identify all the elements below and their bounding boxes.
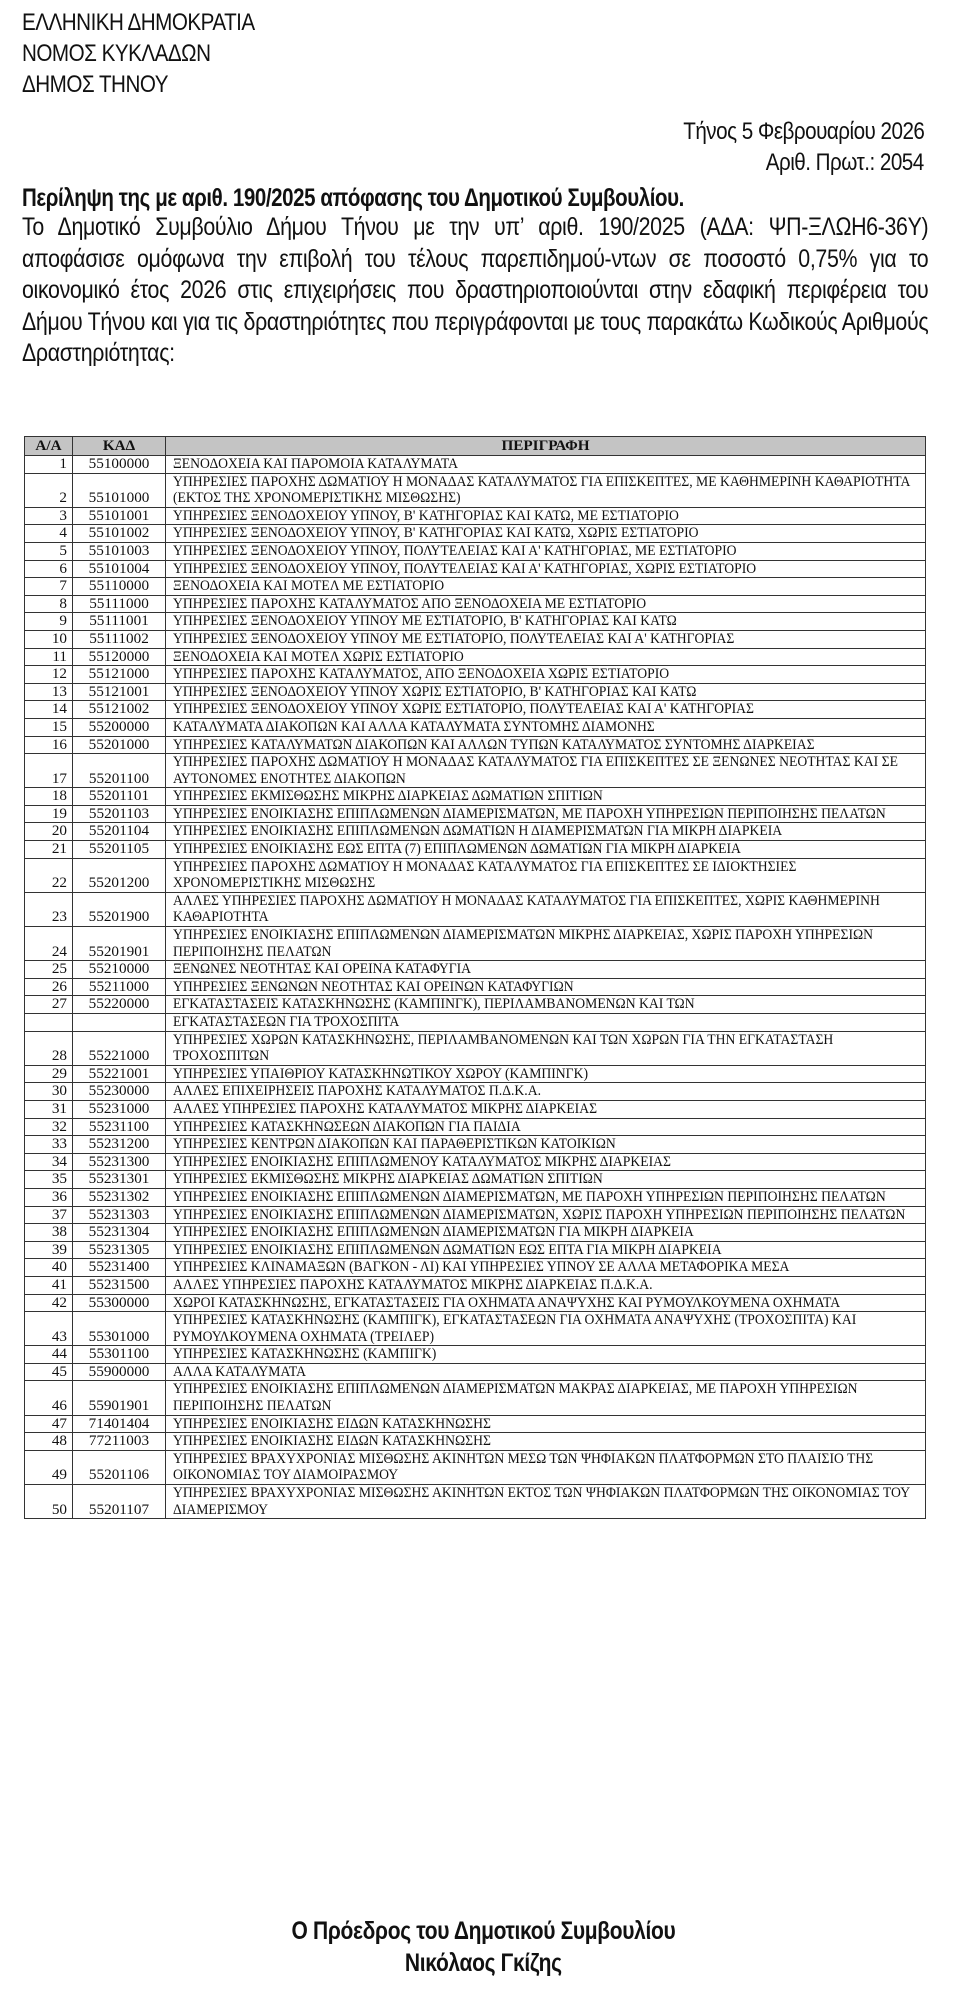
row-description: ΥΠΗΡΕΣΙΕΣ ΞΕΝΟΔΟΧΕΙΟΥ ΥΠΝΟΥ, ΠΟΛΥΤΕΛΕΙΑΣ… [166, 560, 926, 578]
description-text: ΑΛΛΕΣ ΕΠΙΧΕΙΡΗΣΕΙΣ ΠΑΡΟΧΗΣ ΚΑΤΑΛΥΜΑΤΟΣ Π… [173, 1083, 920, 1100]
row-number: 1 [25, 456, 73, 474]
header-prefecture: ΝΟΜΟΣ ΚΥΚΛΑΔΩΝ [22, 39, 210, 69]
row-description: ΥΠΗΡΕΣΙΕΣ ΚΑΤΑΣΚΗΝΩΣΕΩΝ ΔΙΑΚΟΠΩΝ ΓΙΑ ΠΑΙ… [166, 1118, 926, 1136]
row-number: 19 [25, 805, 73, 823]
table-row: 855111000ΥΠΗΡΕΣΙΕΣ ΠΑΡΟΧΗΣ ΚΑΤΑΛΥΜΑΤΟΣ Α… [25, 595, 926, 613]
table-row: ΕΓΚΑΤΑΣΤΑΣΕΩΝ ΓΙΑ ΤΡΟΧΟΣΠΙΤΑ [25, 1014, 926, 1032]
kad-code: 55201104 [73, 823, 166, 841]
table-row: 4877211003ΥΠΗΡΕΣΙΕΣ ΕΝΟΙΚΙΑΣΗΣ ΕΙΔΩΝ ΚΑΤ… [25, 1433, 926, 1451]
row-description: ΞΕΝΟΔΟΧΕΙΑ ΚΑΙ ΜΟΤΕΛ ΜΕ ΕΣΤΙΑΤΟΡΙΟ [166, 578, 926, 596]
description-text: ΥΠΗΡΕΣΙΕΣ ΞΕΝΩΝΩΝ ΝΕΟΤΗΤΑΣ ΚΑΙ ΟΡΕΙΝΩΝ Κ… [173, 979, 920, 996]
table-row: 755110000ΞΕΝΟΔΟΧΕΙΑ ΚΑΙ ΜΟΤΕΛ ΜΕ ΕΣΤΙΑΤΟ… [25, 578, 926, 596]
table-row: 255101000ΥΠΗΡΕΣΙΕΣ ΠΑΡΟΧΗΣ ΔΩΜΑΤΙΟΥ Η ΜΟ… [25, 473, 926, 507]
kad-code: 55301000 [73, 1312, 166, 1346]
table-row: 3455231300ΥΠΗΡΕΣΙΕΣ ΕΝΟΙΚΙΑΣΗΣ ΕΠΙΠΛΩΜΕΝ… [25, 1153, 926, 1171]
table-row: 4555900000ΑΛΛΑ ΚΑΤΑΛΥΜΑΤΑ [25, 1363, 926, 1381]
description-text: ΥΠΗΡΕΣΙΕΣ ΕΝΟΙΚΙΑΣΗΣ ΕΙΔΩΝ ΚΑΤΑΣΚΗΝΩΣΗΣ [173, 1433, 920, 1450]
row-number: 34 [25, 1153, 73, 1171]
kad-code: 55221001 [73, 1065, 166, 1083]
row-description: ΥΠΗΡΕΣΙΕΣ ΕΝΟΙΚΙΑΣΗΣ ΕΙΔΩΝ ΚΑΤΑΣΚΗΝΩΣΗΣ [166, 1415, 926, 1433]
table-row: 4955201106ΥΠΗΡΕΣΙΕΣ ΒΡΑΧΥΧΡΟΝΙΑΣ ΜΙΣΘΩΣΗ… [25, 1450, 926, 1484]
row-description: ΥΠΗΡΕΣΙΕΣ ΕΝΟΙΚΙΑΣΗΣ ΕΠΙΠΛΩΜΕΝΩΝ ΔΙΑΜΕΡΙ… [166, 927, 926, 961]
description-text: ΞΕΝΟΔΟΧΕΙΑ ΚΑΙ ΜΟΤΕΛ ΧΩΡΙΣ ΕΣΤΙΑΤΟΡΙΟ [173, 649, 920, 666]
kad-code: 55231302 [73, 1188, 166, 1206]
document-date: Τήνος 5 Φεβρουαρίου 2026 [683, 117, 924, 147]
description-text: ΥΠΗΡΕΣΙΕΣ ΕΝΟΙΚΙΑΣΗΣ ΕΠΙΠΛΩΜΕΝΟΥ ΚΑΤΑΛΥΜ… [173, 1154, 920, 1171]
kad-code: 55101001 [73, 507, 166, 525]
description-text: ΕΓΚΑΤΑΣΤΑΣΕΩΝ ΓΙΑ ΤΡΟΧΟΣΠΙΤΑ [173, 1014, 920, 1031]
row-description: ΥΠΗΡΕΣΙΕΣ ΧΩΡΩΝ ΚΑΤΑΣΚΗΝΩΣΗΣ, ΠΕΡΙΛΑΜΒΑΝ… [166, 1031, 926, 1065]
row-description: ΥΠΗΡΕΣΙΕΣ ΠΑΡΟΧΗΣ ΔΩΜΑΤΙΟΥ Η ΜΟΝΑΔΑΣ ΚΑΤ… [166, 858, 926, 892]
description-text: ΥΠΗΡΕΣΙΕΣ ΕΝΟΙΚΙΑΣΗΣ ΕΠΙΠΛΩΜΕΝΩΝ ΔΙΑΜΕΡΙ… [173, 1189, 920, 1206]
table-row: 2755220000ΕΓΚΑΤΑΣΤΑΣΕΙΣ ΚΑΤΑΣΚΗΝΩΣΗΣ (ΚΑ… [25, 996, 926, 1014]
table-header-row: Α/Α ΚΑΔ ΠΕΡΙΓΡΑΦΗ [25, 437, 926, 456]
row-description: ΥΠΗΡΕΣΙΕΣ ΥΠΑΙΘΡΙΟΥ ΚΑΤΑΣΚΗΝΩΤΙΚΟΥ ΧΩΡΟΥ… [166, 1065, 926, 1083]
description-text: ΥΠΗΡΕΣΙΕΣ ΞΕΝΟΔΟΧΕΙΟΥ ΥΠΝΟΥ ΧΩΡΙΣ ΕΣΤΙΑΤ… [173, 701, 920, 718]
description-text: ΥΠΗΡΕΣΙΕΣ ΕΝΟΙΚΙΑΣΗΣ ΕΠΙΠΛΩΜΕΝΩΝ ΔΙΑΜΕΡΙ… [173, 927, 920, 960]
table-row: 2255201200ΥΠΗΡΕΣΙΕΣ ΠΑΡΟΧΗΣ ΔΩΜΑΤΙΟΥ Η Μ… [25, 858, 926, 892]
row-number: 41 [25, 1276, 73, 1294]
kad-code: 55901901 [73, 1381, 166, 1415]
row-description: ΥΠΗΡΕΣΙΕΣ ΞΕΝΟΔΟΧΕΙΟΥ ΥΠΝΟΥ ΜΕ ΕΣΤΙΑΤΟΡΙ… [166, 613, 926, 631]
kad-code: 55230000 [73, 1083, 166, 1101]
row-description: ΥΠΗΡΕΣΙΕΣ ΠΑΡΟΧΗΣ ΔΩΜΑΤΙΟΥ Η ΜΟΝΑΔΑΣ ΚΑΤ… [166, 473, 926, 507]
row-number: 46 [25, 1381, 73, 1415]
row-description: ΞΕΝΟΔΟΧΕΙΑ ΚΑΙ ΜΟΤΕΛ ΧΩΡΙΣ ΕΣΤΙΑΤΟΡΙΟ [166, 648, 926, 666]
table-row: 5055201107ΥΠΗΡΕΣΙΕΣ ΒΡΑΧΥΧΡΟΝΙΑΣ ΜΙΣΘΩΣΗ… [25, 1485, 926, 1519]
kad-code: 55231100 [73, 1118, 166, 1136]
row-description: ΥΠΗΡΕΣΙΕΣ ΞΕΝΩΝΩΝ ΝΕΟΤΗΤΑΣ ΚΑΙ ΟΡΕΙΝΩΝ Κ… [166, 978, 926, 996]
row-description: ΥΠΗΡΕΣΙΕΣ ΕΝΟΙΚΙΑΣΗΣ ΕΠΙΠΛΩΜΕΝΩΝ ΔΙΑΜΕΡΙ… [166, 805, 926, 823]
row-description: ΑΛΛΑ ΚΑΤΑΛΥΜΑΤΑ [166, 1363, 926, 1381]
description-text: ΥΠΗΡΕΣΙΕΣ ΚΕΝΤΡΩΝ ΔΙΑΚΟΠΩΝ ΚΑΙ ΠΑΡΑΘΕΡΙΣ… [173, 1136, 920, 1153]
kad-code: 55201106 [73, 1450, 166, 1484]
table-row: 3555231301ΥΠΗΡΕΣΙΕΣ ΕΚΜΙΣΘΩΣΗΣ ΜΙΚΡΗΣ ΔΙ… [25, 1171, 926, 1189]
kad-code: 55200000 [73, 718, 166, 736]
row-number: 11 [25, 648, 73, 666]
row-number: 47 [25, 1415, 73, 1433]
row-description: ΥΠΗΡΕΣΙΕΣ ΠΑΡΟΧΗΣ ΚΑΤΑΛΥΜΑΤΟΣ, ΑΠΟ ΞΕΝΟΔ… [166, 666, 926, 684]
table-row: 955111001ΥΠΗΡΕΣΙΕΣ ΞΕΝΟΔΟΧΕΙΟΥ ΥΠΝΟΥ ΜΕ … [25, 613, 926, 631]
description-text: ΥΠΗΡΕΣΙΕΣ ΕΝΟΙΚΙΑΣΗΣ ΕΠΙΠΛΩΜΕΝΩΝ ΔΩΜΑΤΙΩ… [173, 1242, 920, 1259]
table-row: 1555200000ΚΑΤΑΛΥΜΑΤΑ ΔΙΑΚΟΠΩΝ ΚΑΙ ΑΛΛΑ Κ… [25, 718, 926, 736]
kad-code: 55231000 [73, 1100, 166, 1118]
description-text: ΑΛΛΑ ΚΑΤΑΛΥΜΑΤΑ [173, 1364, 920, 1381]
table-row: 1955201103ΥΠΗΡΕΣΙΕΣ ΕΝΟΙΚΙΑΣΗΣ ΕΠΙΠΛΩΜΕΝ… [25, 805, 926, 823]
description-text: ΥΠΗΡΕΣΙΕΣ ΧΩΡΩΝ ΚΑΤΑΣΚΗΝΩΣΗΣ, ΠΕΡΙΛΑΜΒΑΝ… [173, 1032, 920, 1065]
row-number: 22 [25, 858, 73, 892]
table-row: 1255121000ΥΠΗΡΕΣΙΕΣ ΠΑΡΟΧΗΣ ΚΑΤΑΛΥΜΑΤΟΣ,… [25, 666, 926, 684]
kad-code: 55900000 [73, 1363, 166, 1381]
table-row: 1355121001ΥΠΗΡΕΣΙΕΣ ΞΕΝΟΔΟΧΕΙΟΥ ΥΠΝΟΥ ΧΩ… [25, 683, 926, 701]
row-number: 48 [25, 1433, 73, 1451]
kad-code: 55231500 [73, 1276, 166, 1294]
row-number: 26 [25, 978, 73, 996]
kad-code: 55220000 [73, 996, 166, 1014]
row-number: 35 [25, 1171, 73, 1189]
description-text: ΥΠΗΡΕΣΙΕΣ ΕΝΟΙΚΙΑΣΗΣ ΕΩΣ ΕΠΤΑ (7) ΕΠΙΠΛΩ… [173, 841, 920, 858]
row-number: 25 [25, 961, 73, 979]
row-description: ΥΠΗΡΕΣΙΕΣ ΕΝΟΙΚΙΑΣΗΣ ΕΠΙΠΛΩΜΕΝΩΝ ΔΙΑΜΕΡΙ… [166, 1188, 926, 1206]
kad-code: 55101004 [73, 560, 166, 578]
row-number: 18 [25, 788, 73, 806]
table-row: 1755201100ΥΠΗΡΕΣΙΕΣ ΠΑΡΟΧΗΣ ΔΩΜΑΤΙΟΥ Η Μ… [25, 754, 926, 788]
row-number: 39 [25, 1241, 73, 1259]
row-description: ΥΠΗΡΕΣΙΕΣ ΕΝΟΙΚΙΑΣΗΣ ΕΠΙΠΛΩΜΕΝΩΝ ΔΙΑΜΕΡΙ… [166, 1381, 926, 1415]
table-row: 2655211000ΥΠΗΡΕΣΙΕΣ ΞΕΝΩΝΩΝ ΝΕΟΤΗΤΑΣ ΚΑΙ… [25, 978, 926, 996]
description-text: ΑΛΛΕΣ ΥΠΗΡΕΣΙΕΣ ΠΑΡΟΧΗΣ ΚΑΤΑΛΥΜΑΤΟΣ ΜΙΚΡ… [173, 1277, 920, 1294]
kad-code: 55231200 [73, 1136, 166, 1154]
description-text: ΥΠΗΡΕΣΙΕΣ ΞΕΝΟΔΟΧΕΙΟΥ ΥΠΝΟΥ, ΠΟΛΥΤΕΛΕΙΑΣ… [173, 561, 920, 578]
description-text: ΥΠΗΡΕΣΙΕΣ ΕΝΟΙΚΙΑΣΗΣ ΕΠΙΠΛΩΜΕΝΩΝ ΔΙΑΜΕΡΙ… [173, 1224, 920, 1241]
description-text: ΥΠΗΡΕΣΙΕΣ ΕΝΟΙΚΙΑΣΗΣ ΕΠΙΠΛΩΜΕΝΩΝ ΔΙΑΜΕΡΙ… [173, 1207, 920, 1224]
kad-code: 55201000 [73, 736, 166, 754]
kad-code: 55120000 [73, 648, 166, 666]
row-description: ΥΠΗΡΕΣΙΕΣ ΚΕΝΤΡΩΝ ΔΙΑΚΟΠΩΝ ΚΑΙ ΠΑΡΑΘΕΡΙΣ… [166, 1136, 926, 1154]
row-number: 12 [25, 666, 73, 684]
row-number: 30 [25, 1083, 73, 1101]
row-description: ΥΠΗΡΕΣΙΕΣ ΕΝΟΙΚΙΑΣΗΣ ΕΠΙΠΛΩΜΕΝΩΝ ΔΙΑΜΕΡΙ… [166, 1224, 926, 1242]
kad-code: 55121001 [73, 683, 166, 701]
row-description: ΥΠΗΡΕΣΙΕΣ ΞΕΝΟΔΟΧΕΙΟΥ ΥΠΝΟΥ, ΠΟΛΥΤΕΛΕΙΑΣ… [166, 542, 926, 560]
row-number: 21 [25, 841, 73, 859]
row-description: ΥΠΗΡΕΣΙΕΣ ΕΚΜΙΣΘΩΣΗΣ ΜΙΚΡΗΣ ΔΙΑΡΚΕΙΑΣ ΔΩ… [166, 788, 926, 806]
row-description: ΥΠΗΡΕΣΙΕΣ ΚΑΤΑΛΥΜΑΤΩΝ ΔΙΑΚΟΠΩΝ ΚΑΙ ΑΛΛΩΝ… [166, 736, 926, 754]
table-row: 2955221001ΥΠΗΡΕΣΙΕΣ ΥΠΑΙΘΡΙΟΥ ΚΑΤΑΣΚΗΝΩΤ… [25, 1065, 926, 1083]
row-number: 14 [25, 701, 73, 719]
header-republic: ΕΛΛΗΝΙΚΗ ΔΗΜΟΚΡΑΤΙΑ [22, 8, 255, 38]
row-description: ΥΠΗΡΕΣΙΕΣ ΠΑΡΟΧΗΣ ΔΩΜΑΤΙΟΥ Η ΜΟΝΑΔΑΣ ΚΑΤ… [166, 754, 926, 788]
kad-code: 55231300 [73, 1153, 166, 1171]
row-number: 15 [25, 718, 73, 736]
kad-code: 55111001 [73, 613, 166, 631]
row-description: ΥΠΗΡΕΣΙΕΣ ΠΑΡΟΧΗΣ ΚΑΤΑΛΥΜΑΤΟΣ ΑΠΟ ΞΕΝΟΔΟ… [166, 595, 926, 613]
table-row: 4255300000ΧΩΡΟΙ ΚΑΤΑΣΚΗΝΩΣΗΣ, ΕΓΚΑΤΑΣΤΑΣ… [25, 1294, 926, 1312]
row-number: 31 [25, 1100, 73, 1118]
description-text: ΥΠΗΡΕΣΙΕΣ ΕΝΟΙΚΙΑΣΗΣ ΕΠΙΠΛΩΜΕΝΩΝ ΔΩΜΑΤΙΩ… [173, 823, 920, 840]
table-row: 1055111002ΥΠΗΡΕΣΙΕΣ ΞΕΝΟΔΟΧΕΙΟΥ ΥΠΝΟΥ ΜΕ… [25, 630, 926, 648]
protocol-number: Αριθ. Πρωτ.: 2054 [766, 148, 924, 178]
kad-code: 55121002 [73, 701, 166, 719]
kad-code: 55110000 [73, 578, 166, 596]
row-number: 16 [25, 736, 73, 754]
kad-code: 55101002 [73, 525, 166, 543]
row-number: 38 [25, 1224, 73, 1242]
description-text: ΥΠΗΡΕΣΙΕΣ ΠΑΡΟΧΗΣ ΚΑΤΑΛΥΜΑΤΟΣ, ΑΠΟ ΞΕΝΟΔ… [173, 666, 920, 683]
description-text: ΑΛΛΕΣ ΥΠΗΡΕΣΙΕΣ ΠΑΡΟΧΗΣ ΔΩΜΑΤΙΟΥ Η ΜΟΝΑΔ… [173, 893, 920, 926]
description-text: ΑΛΛΕΣ ΥΠΗΡΕΣΙΕΣ ΠΑΡΟΧΗΣ ΚΑΤΑΛΥΜΑΤΟΣ ΜΙΚΡ… [173, 1101, 920, 1118]
kad-code: 55231400 [73, 1259, 166, 1277]
row-description: ΥΠΗΡΕΣΙΕΣ ΞΕΝΟΔΟΧΕΙΟΥ ΥΠΝΟΥ ΧΩΡΙΣ ΕΣΤΙΑΤ… [166, 683, 926, 701]
table-row: 4455301100ΥΠΗΡΕΣΙΕΣ ΚΑΤΑΣΚΗΝΩΣΗΣ (ΚΑΜΠΙΓ… [25, 1346, 926, 1364]
row-description: ΥΠΗΡΕΣΙΕΣ ΒΡΑΧΥΧΡΟΝΙΑΣ ΜΙΣΘΩΣΗΣ ΑΚΙΝΗΤΩΝ… [166, 1485, 926, 1519]
description-text: ΕΓΚΑΤΑΣΤΑΣΕΙΣ ΚΑΤΑΣΚΗΝΩΣΗΣ (ΚΑΜΠΙΝΓΚ), Π… [173, 996, 920, 1013]
kad-code: 55221000 [73, 1031, 166, 1065]
description-text: ΥΠΗΡΕΣΙΕΣ ΕΚΜΙΣΘΩΣΗΣ ΜΙΚΡΗΣ ΔΙΑΡΚΕΙΑΣ ΔΩ… [173, 788, 920, 805]
row-number: 3 [25, 507, 73, 525]
row-number: 9 [25, 613, 73, 631]
kad-code: 55201200 [73, 858, 166, 892]
kad-code: 55211000 [73, 978, 166, 996]
table-row: 3955231305ΥΠΗΡΕΣΙΕΣ ΕΝΟΙΚΙΑΣΗΣ ΕΠΙΠΛΩΜΕΝ… [25, 1241, 926, 1259]
description-text: ΥΠΗΡΕΣΙΕΣ ΞΕΝΟΔΟΧΕΙΟΥ ΥΠΝΟΥ ΜΕ ΕΣΤΙΑΤΟΡΙ… [173, 613, 920, 630]
kad-code: 55201100 [73, 754, 166, 788]
row-number: 10 [25, 630, 73, 648]
row-description: ΥΠΗΡΕΣΙΕΣ ΕΝΟΙΚΙΑΣΗΣ ΕΠΙΠΛΩΜΕΝΩΝ ΔΙΑΜΕΡΙ… [166, 1206, 926, 1224]
row-description: ΥΠΗΡΕΣΙΕΣ ΕΝΟΙΚΙΑΣΗΣ ΕΙΔΩΝ ΚΑΤΑΣΚΗΝΩΣΗΣ [166, 1433, 926, 1451]
kad-code: 55101000 [73, 473, 166, 507]
description-text: ΥΠΗΡΕΣΙΕΣ ΕΚΜΙΣΘΩΣΗΣ ΜΙΚΡΗΣ ΔΙΑΡΚΕΙΑΣ ΔΩ… [173, 1171, 920, 1188]
row-description: ΞΕΝΟΔΟΧΕΙΑ ΚΑΙ ΠΑΡΟΜΟΙΑ ΚΑΤΑΛΥΜΑΤΑ [166, 456, 926, 474]
kad-code: 55201107 [73, 1485, 166, 1519]
table-row: 3355231200ΥΠΗΡΕΣΙΕΣ ΚΕΝΤΡΩΝ ΔΙΑΚΟΠΩΝ ΚΑΙ… [25, 1136, 926, 1154]
description-text: ΥΠΗΡΕΣΙΕΣ ΕΝΟΙΚΙΑΣΗΣ ΕΙΔΩΝ ΚΑΤΑΣΚΗΝΩΣΗΣ [173, 1416, 920, 1433]
description-text: ΥΠΗΡΕΣΙΕΣ ΚΑΤΑΣΚΗΝΩΣΕΩΝ ΔΙΑΚΟΠΩΝ ΓΙΑ ΠΑΙ… [173, 1119, 920, 1136]
row-description: ΑΛΛΕΣ ΥΠΗΡΕΣΙΕΣ ΠΑΡΟΧΗΣ ΚΑΤΑΛΥΜΑΤΟΣ ΜΙΚΡ… [166, 1100, 926, 1118]
row-number: 45 [25, 1363, 73, 1381]
row-number: 13 [25, 683, 73, 701]
kad-code: 55201103 [73, 805, 166, 823]
row-number: 42 [25, 1294, 73, 1312]
row-number [25, 1014, 73, 1032]
row-number: 8 [25, 595, 73, 613]
row-description: ΧΩΡΟΙ ΚΑΤΑΣΚΗΝΩΣΗΣ, ΕΓΚΑΤΑΣΤΑΣΕΙΣ ΓΙΑ ΟΧ… [166, 1294, 926, 1312]
description-text: ΥΠΗΡΕΣΙΕΣ ΚΛΙΝΑΜΑΞΩΝ (ΒΑΓΚΟΝ - ΛΙ) ΚΑΙ Υ… [173, 1259, 920, 1276]
row-number: 40 [25, 1259, 73, 1277]
row-description: ΥΠΗΡΕΣΙΕΣ ΕΝΟΙΚΙΑΣΗΣ ΕΠΙΠΛΩΜΕΝΩΝ ΔΩΜΑΤΙΩ… [166, 1241, 926, 1259]
row-description: ΥΠΗΡΕΣΙΕΣ ΚΑΤΑΣΚΗΝΩΣΗΣ (ΚΑΜΠΙΓΚ), ΕΓΚΑΤΑ… [166, 1312, 926, 1346]
table-row: 2155201105ΥΠΗΡΕΣΙΕΣ ΕΝΟΙΚΙΑΣΗΣ ΕΩΣ ΕΠΤΑ … [25, 841, 926, 859]
row-number: 36 [25, 1188, 73, 1206]
description-text: ΞΕΝΩΝΕΣ ΝΕΟΤΗΤΑΣ ΚΑΙ ΟΡΕΙΝΑ ΚΑΤΑΦΥΓΙΑ [173, 961, 920, 978]
row-number: 2 [25, 473, 73, 507]
table-row: 4771401404ΥΠΗΡΕΣΙΕΣ ΕΝΟΙΚΙΑΣΗΣ ΕΙΔΩΝ ΚΑΤ… [25, 1415, 926, 1433]
table-row: 3255231100ΥΠΗΡΕΣΙΕΣ ΚΑΤΑΣΚΗΝΩΣΕΩΝ ΔΙΑΚΟΠ… [25, 1118, 926, 1136]
row-number: 50 [25, 1485, 73, 1519]
signature-name: Νικόλαος Γκίζης [0, 1947, 967, 1979]
description-text: ΥΠΗΡΕΣΙΕΣ ΞΕΝΟΔΟΧΕΙΟΥ ΥΠΝΟΥ, Β' ΚΑΤΗΓΟΡΙ… [173, 508, 920, 525]
table-row: 555101003ΥΠΗΡΕΣΙΕΣ ΞΕΝΟΔΟΧΕΙΟΥ ΥΠΝΟΥ, ΠΟ… [25, 542, 926, 560]
table-row: 4655901901ΥΠΗΡΕΣΙΕΣ ΕΝΟΙΚΙΑΣΗΣ ΕΠΙΠΛΩΜΕΝ… [25, 1381, 926, 1415]
table-row: 2555210000ΞΕΝΩΝΕΣ ΝΕΟΤΗΤΑΣ ΚΑΙ ΟΡΕΙΝΑ ΚΑ… [25, 961, 926, 979]
row-number: 4 [25, 525, 73, 543]
description-text: ΥΠΗΡΕΣΙΕΣ ΠΑΡΟΧΗΣ ΔΩΜΑΤΙΟΥ Η ΜΟΝΑΔΑΣ ΚΑΤ… [173, 474, 920, 507]
kad-code: 55201900 [73, 892, 166, 926]
row-number: 17 [25, 754, 73, 788]
kad-code: 55111002 [73, 630, 166, 648]
row-number: 6 [25, 560, 73, 578]
kad-code: 55210000 [73, 961, 166, 979]
row-number: 32 [25, 1118, 73, 1136]
table-row: 1855201101ΥΠΗΡΕΣΙΕΣ ΕΚΜΙΣΘΩΣΗΣ ΜΙΚΡΗΣ ΔΙ… [25, 788, 926, 806]
row-description: ΞΕΝΩΝΕΣ ΝΕΟΤΗΤΑΣ ΚΑΙ ΟΡΕΙΝΑ ΚΑΤΑΦΥΓΙΑ [166, 961, 926, 979]
row-number: 43 [25, 1312, 73, 1346]
description-text: ΥΠΗΡΕΣΙΕΣ ΠΑΡΟΧΗΣ ΔΩΜΑΤΙΟΥ Η ΜΟΝΑΔΑΣ ΚΑΤ… [173, 859, 920, 892]
description-text: ΥΠΗΡΕΣΙΕΣ ΞΕΝΟΔΟΧΕΙΟΥ ΥΠΝΟΥ, Β' ΚΑΤΗΓΟΡΙ… [173, 525, 920, 542]
row-description: ΥΠΗΡΕΣΙΕΣ ΕΝΟΙΚΙΑΣΗΣ ΕΠΙΠΛΩΜΕΝΟΥ ΚΑΤΑΛΥΜ… [166, 1153, 926, 1171]
table-row: 4055231400ΥΠΗΡΕΣΙΕΣ ΚΛΙΝΑΜΑΞΩΝ (ΒΑΓΚΟΝ -… [25, 1259, 926, 1277]
description-text: ΥΠΗΡΕΣΙΕΣ ΠΑΡΟΧΗΣ ΔΩΜΑΤΙΟΥ Η ΜΟΝΑΔΑΣ ΚΑΤ… [173, 754, 920, 787]
kad-code: 55231301 [73, 1171, 166, 1189]
table-row: 1155120000ΞΕΝΟΔΟΧΕΙΑ ΚΑΙ ΜΟΤΕΛ ΧΩΡΙΣ ΕΣΤ… [25, 648, 926, 666]
summary-body: Το Δημοτικό Συμβούλιο Δήμου Τήνου με την… [22, 212, 928, 370]
row-number: 27 [25, 996, 73, 1014]
table-row: 3055230000ΑΛΛΕΣ ΕΠΙΧΕΙΡΗΣΕΙΣ ΠΑΡΟΧΗΣ ΚΑΤ… [25, 1083, 926, 1101]
kad-code: 77211003 [73, 1433, 166, 1451]
table-row: 3155231000ΑΛΛΕΣ ΥΠΗΡΕΣΙΕΣ ΠΑΡΟΧΗΣ ΚΑΤΑΛΥ… [25, 1100, 926, 1118]
description-text: ΥΠΗΡΕΣΙΕΣ ΒΡΑΧΥΧΡΟΝΙΑΣ ΜΙΣΘΩΣΗΣ ΑΚΙΝΗΤΩΝ… [173, 1451, 920, 1484]
description-text: ΥΠΗΡΕΣΙΕΣ ΞΕΝΟΔΟΧΕΙΟΥ ΥΠΝΟΥ ΧΩΡΙΣ ΕΣΤΙΑΤ… [173, 684, 920, 701]
description-text: ΥΠΗΡΕΣΙΕΣ ΞΕΝΟΔΟΧΕΙΟΥ ΥΠΝΟΥ, ΠΟΛΥΤΕΛΕΙΑΣ… [173, 543, 920, 560]
row-description: ΚΑΤΑΛΥΜΑΤΑ ΔΙΑΚΟΠΩΝ ΚΑΙ ΑΛΛΑ ΚΑΤΑΛΥΜΑΤΑ … [166, 718, 926, 736]
row-description: ΥΠΗΡΕΣΙΕΣ ΚΛΙΝΑΜΑΞΩΝ (ΒΑΓΚΟΝ - ΛΙ) ΚΑΙ Υ… [166, 1259, 926, 1277]
row-description: ΥΠΗΡΕΣΙΕΣ ΞΕΝΟΔΟΧΕΙΟΥ ΥΠΝΟΥ ΜΕ ΕΣΤΙΑΤΟΡΙ… [166, 630, 926, 648]
header-municipality: ΔΗΜΟΣ ΤΗΝΟΥ [22, 70, 168, 100]
description-text: ΥΠΗΡΕΣΙΕΣ ΚΑΤΑΣΚΗΝΩΣΗΣ (ΚΑΜΠΙΓΚ), ΕΓΚΑΤΑ… [173, 1312, 920, 1345]
kad-code: 55231303 [73, 1206, 166, 1224]
column-header-kad: ΚΑΔ [73, 437, 166, 456]
kad-code [73, 1014, 166, 1032]
row-number: 20 [25, 823, 73, 841]
table-row: 1455121002ΥΠΗΡΕΣΙΕΣ ΞΕΝΟΔΟΧΕΙΟΥ ΥΠΝΟΥ ΧΩ… [25, 701, 926, 719]
row-description: ΑΛΛΕΣ ΥΠΗΡΕΣΙΕΣ ΠΑΡΟΧΗΣ ΔΩΜΑΤΙΟΥ Η ΜΟΝΑΔ… [166, 892, 926, 926]
kad-code: 55201901 [73, 927, 166, 961]
signature-role: Ο Πρόεδρος του Δημοτικού Συμβουλίου [0, 1915, 967, 1947]
row-number: 37 [25, 1206, 73, 1224]
row-description: ΥΠΗΡΕΣΙΕΣ ΞΕΝΟΔΟΧΕΙΟΥ ΥΠΝΟΥ ΧΩΡΙΣ ΕΣΤΙΑΤ… [166, 701, 926, 719]
description-text: ΥΠΗΡΕΣΙΕΣ ΕΝΟΙΚΙΑΣΗΣ ΕΠΙΠΛΩΜΕΝΩΝ ΔΙΑΜΕΡΙ… [173, 1381, 920, 1414]
description-text: ΥΠΗΡΕΣΙΕΣ ΠΑΡΟΧΗΣ ΚΑΤΑΛΥΜΑΤΟΣ ΑΠΟ ΞΕΝΟΔΟ… [173, 596, 920, 613]
description-text: ΞΕΝΟΔΟΧΕΙΑ ΚΑΙ ΜΟΤΕΛ ΜΕ ΕΣΤΙΑΤΟΡΙΟ [173, 578, 920, 595]
kad-code: 55301100 [73, 1346, 166, 1364]
table-row: 3855231304ΥΠΗΡΕΣΙΕΣ ΕΝΟΙΚΙΑΣΗΣ ΕΠΙΠΛΩΜΕΝ… [25, 1224, 926, 1242]
row-number: 28 [25, 1031, 73, 1065]
row-number: 5 [25, 542, 73, 560]
column-header-aa: Α/Α [25, 437, 73, 456]
description-text: ΞΕΝΟΔΟΧΕΙΑ ΚΑΙ ΠΑΡΟΜΟΙΑ ΚΑΤΑΛΥΜΑΤΑ [173, 456, 920, 473]
summary-title: Περίληψη της με αριθ. 190/2025 απόφασης … [22, 183, 684, 213]
table-row: 155100000ΞΕΝΟΔΟΧΕΙΑ ΚΑΙ ΠΑΡΟΜΟΙΑ ΚΑΤΑΛΥΜ… [25, 456, 926, 474]
table-row: 2455201901ΥΠΗΡΕΣΙΕΣ ΕΝΟΙΚΙΑΣΗΣ ΕΠΙΠΛΩΜΕΝ… [25, 927, 926, 961]
kad-code: 55101003 [73, 542, 166, 560]
kad-code: 55201105 [73, 841, 166, 859]
description-text: ΥΠΗΡΕΣΙΕΣ ΞΕΝΟΔΟΧΕΙΟΥ ΥΠΝΟΥ ΜΕ ΕΣΤΙΑΤΟΡΙ… [173, 631, 920, 648]
table-row: 4155231500ΑΛΛΕΣ ΥΠΗΡΕΣΙΕΣ ΠΑΡΟΧΗΣ ΚΑΤΑΛΥ… [25, 1276, 926, 1294]
kad-code: 55100000 [73, 456, 166, 474]
table-row: 355101001ΥΠΗΡΕΣΙΕΣ ΞΕΝΟΔΟΧΕΙΟΥ ΥΠΝΟΥ, Β'… [25, 507, 926, 525]
kad-code: 55111000 [73, 595, 166, 613]
kad-code: 71401404 [73, 1415, 166, 1433]
column-header-description: ΠΕΡΙΓΡΑΦΗ [166, 437, 926, 456]
row-number: 29 [25, 1065, 73, 1083]
description-text: ΥΠΗΡΕΣΙΕΣ ΒΡΑΧΥΧΡΟΝΙΑΣ ΜΙΣΘΩΣΗΣ ΑΚΙΝΗΤΩΝ… [173, 1485, 920, 1518]
row-description: ΥΠΗΡΕΣΙΕΣ ΒΡΑΧΥΧΡΟΝΙΑΣ ΜΙΣΘΩΣΗΣ ΑΚΙΝΗΤΩΝ… [166, 1450, 926, 1484]
row-description: ΕΓΚΑΤΑΣΤΑΣΕΙΣ ΚΑΤΑΣΚΗΝΩΣΗΣ (ΚΑΜΠΙΝΓΚ), Π… [166, 996, 926, 1014]
description-text: ΥΠΗΡΕΣΙΕΣ ΕΝΟΙΚΙΑΣΗΣ ΕΠΙΠΛΩΜΕΝΩΝ ΔΙΑΜΕΡΙ… [173, 806, 920, 823]
table-row: 4355301000ΥΠΗΡΕΣΙΕΣ ΚΑΤΑΣΚΗΝΩΣΗΣ (ΚΑΜΠΙΓ… [25, 1312, 926, 1346]
table-row: 655101004ΥΠΗΡΕΣΙΕΣ ΞΕΝΟΔΟΧΕΙΟΥ ΥΠΝΟΥ, ΠΟ… [25, 560, 926, 578]
row-description: ΕΓΚΑΤΑΣΤΑΣΕΩΝ ΓΙΑ ΤΡΟΧΟΣΠΙΤΑ [166, 1014, 926, 1032]
row-number: 49 [25, 1450, 73, 1484]
table-row: 2355201900ΑΛΛΕΣ ΥΠΗΡΕΣΙΕΣ ΠΑΡΟΧΗΣ ΔΩΜΑΤΙ… [25, 892, 926, 926]
kad-code: 55231305 [73, 1241, 166, 1259]
table-row: 3755231303ΥΠΗΡΕΣΙΕΣ ΕΝΟΙΚΙΑΣΗΣ ΕΠΙΠΛΩΜΕΝ… [25, 1206, 926, 1224]
table-row: 3655231302ΥΠΗΡΕΣΙΕΣ ΕΝΟΙΚΙΑΣΗΣ ΕΠΙΠΛΩΜΕΝ… [25, 1188, 926, 1206]
row-description: ΥΠΗΡΕΣΙΕΣ ΞΕΝΟΔΟΧΕΙΟΥ ΥΠΝΟΥ, Β' ΚΑΤΗΓΟΡΙ… [166, 507, 926, 525]
table-row: 2855221000ΥΠΗΡΕΣΙΕΣ ΧΩΡΩΝ ΚΑΤΑΣΚΗΝΩΣΗΣ, … [25, 1031, 926, 1065]
row-description: ΑΛΛΕΣ ΥΠΗΡΕΣΙΕΣ ΠΑΡΟΧΗΣ ΚΑΤΑΛΥΜΑΤΟΣ ΜΙΚΡ… [166, 1276, 926, 1294]
signature-role-text: Ο Πρόεδρος του Δημοτικού Συμβουλίου [292, 1915, 676, 1947]
table-body: 155100000ΞΕΝΟΔΟΧΕΙΑ ΚΑΙ ΠΑΡΟΜΟΙΑ ΚΑΤΑΛΥΜ… [25, 456, 926, 1519]
row-number: 44 [25, 1346, 73, 1364]
description-text: ΥΠΗΡΕΣΙΕΣ ΚΑΤΑΣΚΗΝΩΣΗΣ (ΚΑΜΠΙΓΚ) [173, 1346, 920, 1363]
table-row: 2055201104ΥΠΗΡΕΣΙΕΣ ΕΝΟΙΚΙΑΣΗΣ ΕΠΙΠΛΩΜΕΝ… [25, 823, 926, 841]
row-number: 33 [25, 1136, 73, 1154]
kad-code: 55300000 [73, 1294, 166, 1312]
row-description: ΥΠΗΡΕΣΙΕΣ ΚΑΤΑΣΚΗΝΩΣΗΣ (ΚΑΜΠΙΓΚ) [166, 1346, 926, 1364]
description-text: ΚΑΤΑΛΥΜΑΤΑ ΔΙΑΚΟΠΩΝ ΚΑΙ ΑΛΛΑ ΚΑΤΑΛΥΜΑΤΑ … [173, 719, 920, 736]
row-number: 24 [25, 927, 73, 961]
description-text: ΧΩΡΟΙ ΚΑΤΑΣΚΗΝΩΣΗΣ, ΕΓΚΑΤΑΣΤΑΣΕΙΣ ΓΙΑ ΟΧ… [173, 1295, 920, 1312]
signature-name-text: Νικόλαος Γκίζης [405, 1947, 562, 1979]
row-description: ΥΠΗΡΕΣΙΕΣ ΕΝΟΙΚΙΑΣΗΣ ΕΩΣ ΕΠΤΑ (7) ΕΠΙΠΛΩ… [166, 841, 926, 859]
row-description: ΥΠΗΡΕΣΙΕΣ ΞΕΝΟΔΟΧΕΙΟΥ ΥΠΝΟΥ, Β' ΚΑΤΗΓΟΡΙ… [166, 525, 926, 543]
table-row: 1655201000ΥΠΗΡΕΣΙΕΣ ΚΑΤΑΛΥΜΑΤΩΝ ΔΙΑΚΟΠΩΝ… [25, 736, 926, 754]
table-row: 455101002ΥΠΗΡΕΣΙΕΣ ΞΕΝΟΔΟΧΕΙΟΥ ΥΠΝΟΥ, Β'… [25, 525, 926, 543]
row-description: ΥΠΗΡΕΣΙΕΣ ΕΝΟΙΚΙΑΣΗΣ ΕΠΙΠΛΩΜΕΝΩΝ ΔΩΜΑΤΙΩ… [166, 823, 926, 841]
row-description: ΥΠΗΡΕΣΙΕΣ ΕΚΜΙΣΘΩΣΗΣ ΜΙΚΡΗΣ ΔΙΑΡΚΕΙΑΣ ΔΩ… [166, 1171, 926, 1189]
kad-table: Α/Α ΚΑΔ ΠΕΡΙΓΡΑΦΗ 155100000ΞΕΝΟΔΟΧΕΙΑ ΚΑ… [24, 436, 926, 1519]
row-description: ΑΛΛΕΣ ΕΠΙΧΕΙΡΗΣΕΙΣ ΠΑΡΟΧΗΣ ΚΑΤΑΛΥΜΑΤΟΣ Π… [166, 1083, 926, 1101]
kad-code: 55231304 [73, 1224, 166, 1242]
kad-code: 55121000 [73, 666, 166, 684]
description-text: ΥΠΗΡΕΣΙΕΣ ΥΠΑΙΘΡΙΟΥ ΚΑΤΑΣΚΗΝΩΤΙΚΟΥ ΧΩΡΟΥ… [173, 1066, 920, 1083]
kad-code: 55201101 [73, 788, 166, 806]
row-number: 7 [25, 578, 73, 596]
row-number: 23 [25, 892, 73, 926]
description-text: ΥΠΗΡΕΣΙΕΣ ΚΑΤΑΛΥΜΑΤΩΝ ΔΙΑΚΟΠΩΝ ΚΑΙ ΑΛΛΩΝ… [173, 737, 920, 754]
